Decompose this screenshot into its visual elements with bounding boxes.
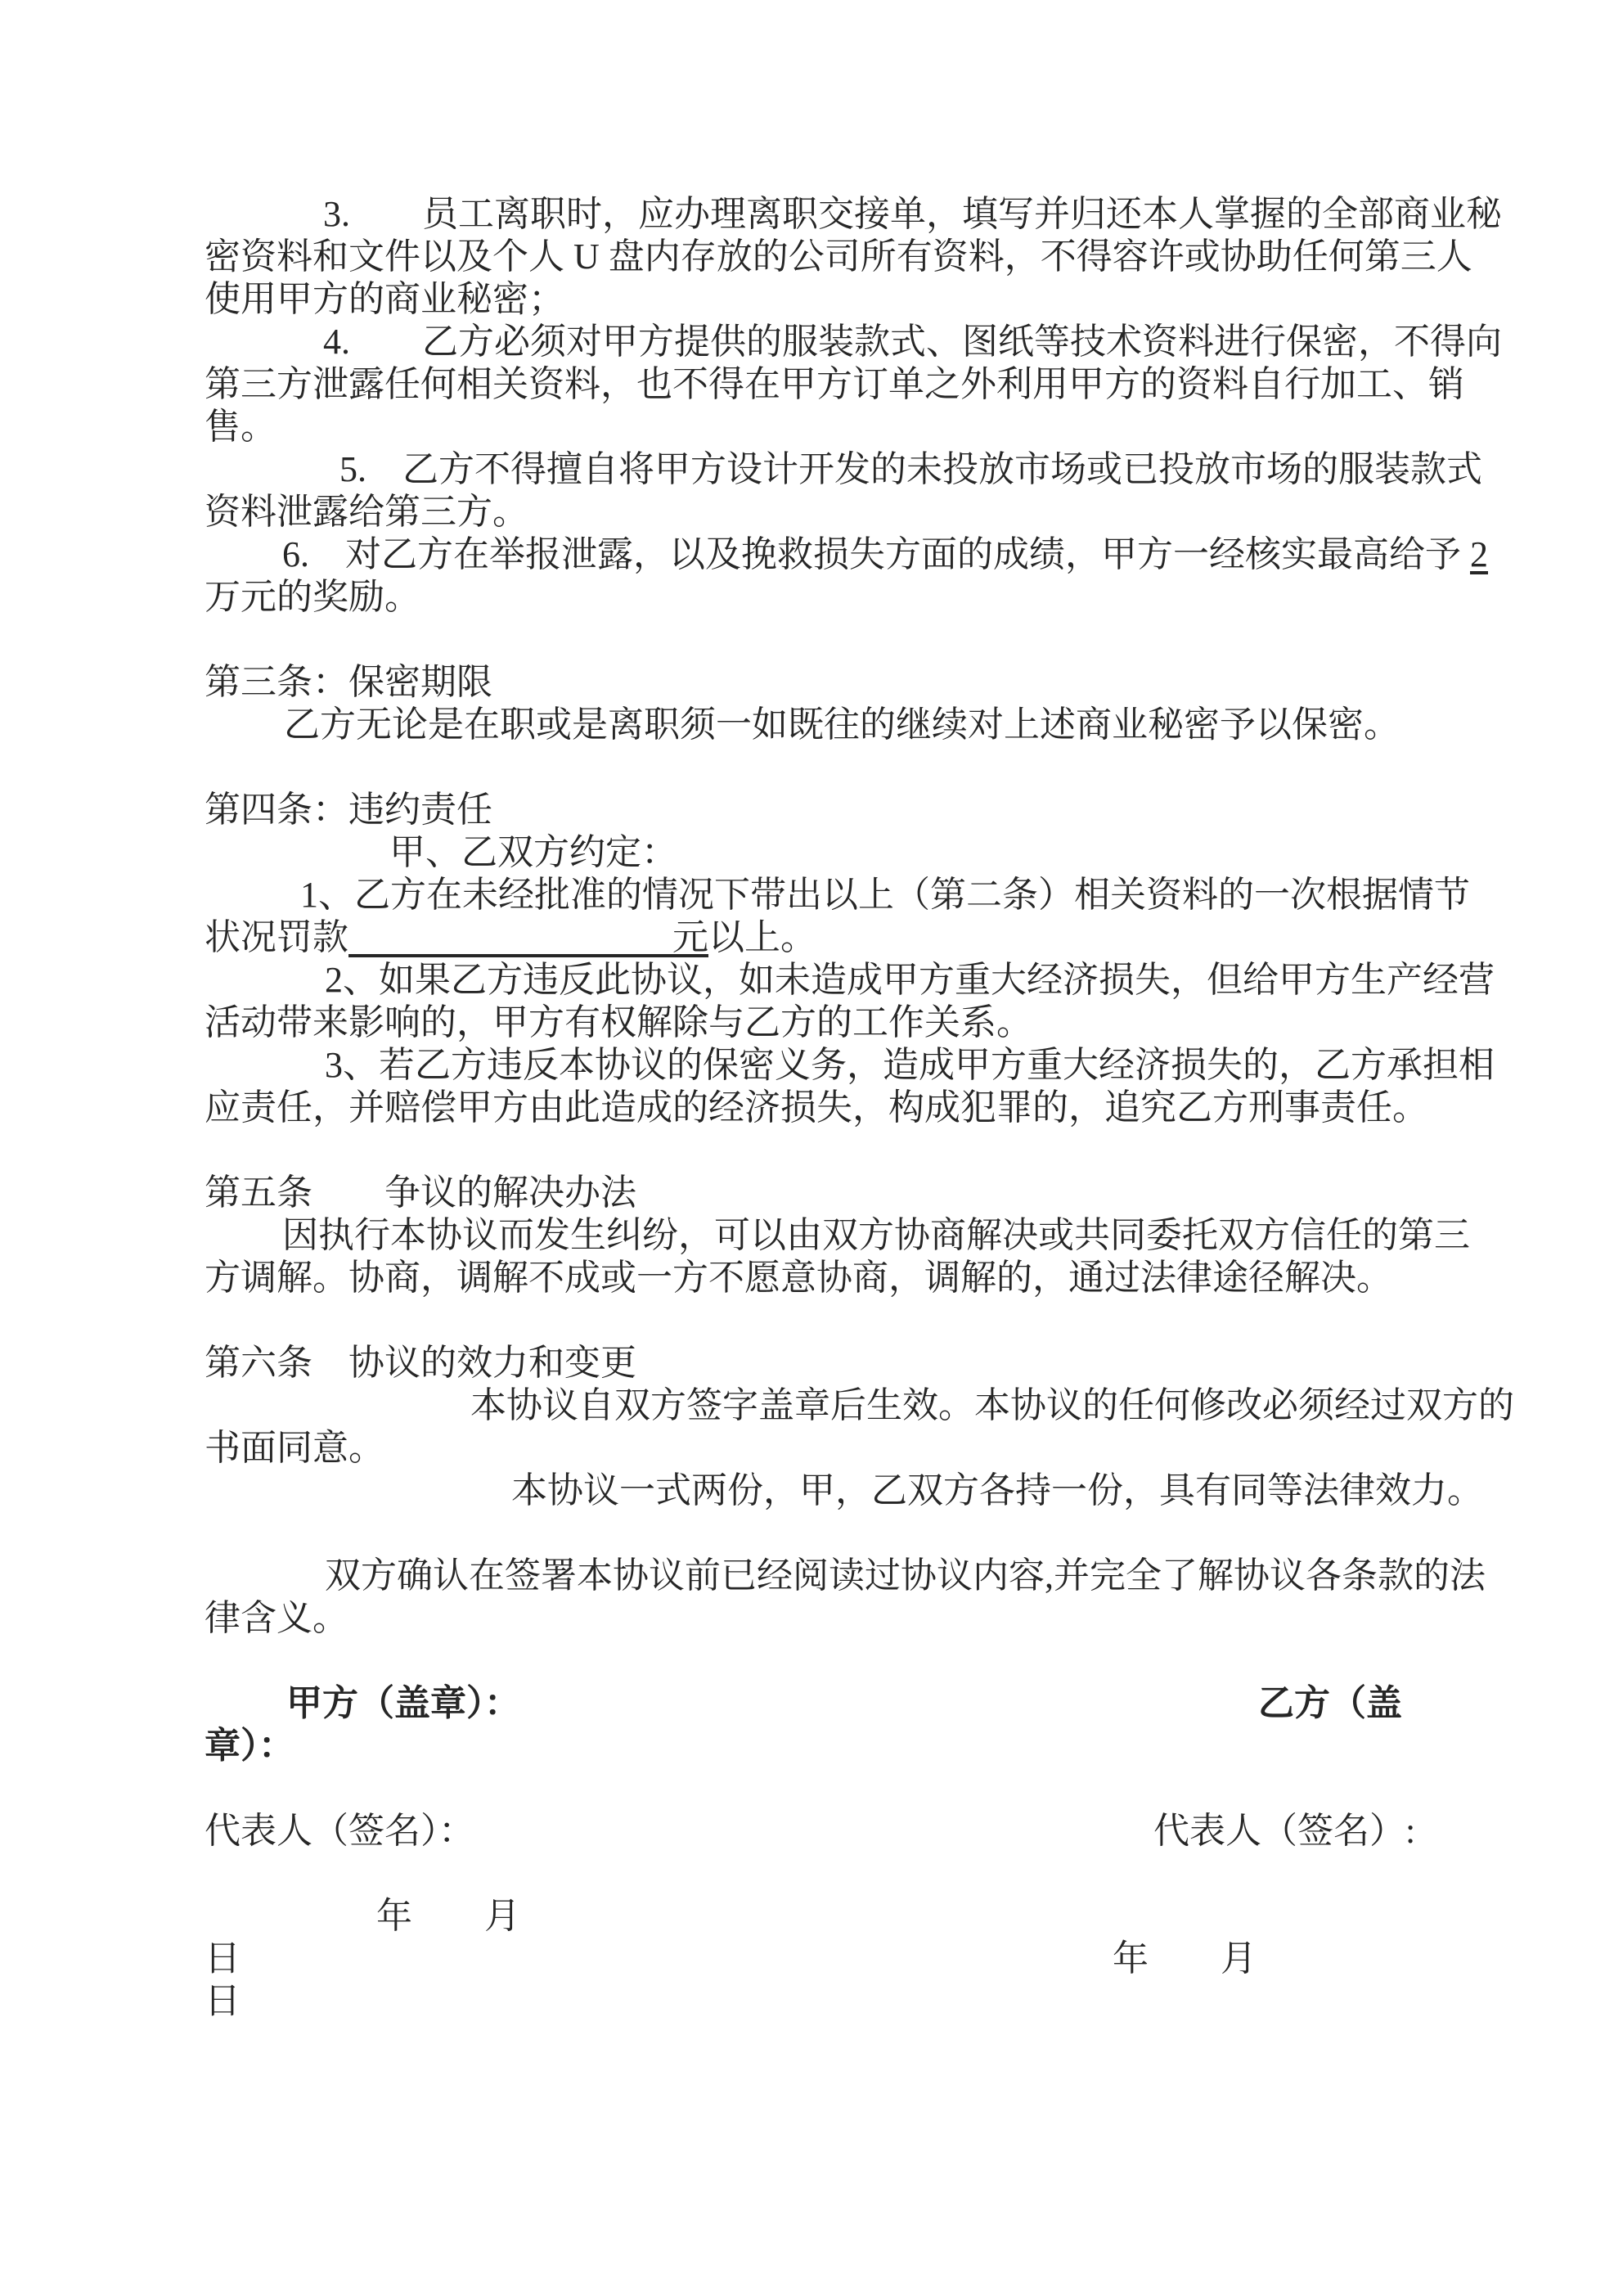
party-b-seal-label-part1: 乙方（盖 (1258, 1682, 1402, 1725)
fine-prefix: 状况罚款 (205, 917, 348, 957)
article5-body-line2: 方调解。协商，调解不成或一方不愿意协商，调解的，通过法律途径解决。 (205, 1257, 1497, 1299)
article4-item1-line1: 1、乙方在未经批准的情况下带出以上（第二条）相关资料的一次根据情节 (205, 874, 1497, 916)
item6-line2: 万元的奖励。 (205, 576, 1497, 619)
item4-line3-text: 售。 (205, 407, 276, 447)
article4-item3-line2: 应责任，并赔偿甲方由此造成的经济损失，构成犯罪的，追究乙方刑事责任。 (205, 1087, 1497, 1129)
date-left-year-month-text: 年 月 (376, 1896, 520, 1936)
document-page: 3. 员工离职时，应办理离职交接单，填写并归还本人掌握的全部商业秘密资料和文件以… (0, 0, 1623, 2296)
article3-body: 乙方无论是在职或是离职须一如既往的继续对上述商业秘密予以保密。 (205, 704, 1497, 746)
date-right-day: 日 (205, 1980, 1497, 2023)
article6-body-line3: 本协议一式两份，甲，乙双方各持一份，具有同等法律效力。 (205, 1470, 1497, 1512)
article6-body-line2-text: 书面同意。 (205, 1428, 384, 1468)
article4-item2-line2: 活动带来影响的，甲方有权解除与乙方的工作关系。 (205, 1002, 1497, 1044)
article5-body-line2-text: 方调解。协商，调解不成或一方不愿意协商，调解的，通过法律途径解决。 (205, 1258, 1392, 1298)
article5-body-line1: 因执行本协议而发生纠纷，可以由双方协商解决或共同委托双方信任的第三 (205, 1214, 1497, 1257)
item4-line2: 第三方泄露任何相关资料，也不得在甲方订单之外利用甲方的资料自行加工、销 (205, 363, 1497, 406)
item6-line1: 6. 对乙方在举报泄露，以及挽救损失方面的成绩，甲方一经核实最高给予 2 (205, 533, 1497, 576)
article6-heading-text: 第六条 协议的效力和变更 (205, 1343, 636, 1383)
date-day-and-right-year-month: 日年 月 (205, 1938, 1497, 1980)
article5-body-line1-text: 因执行本协议而发生纠纷，可以由双方协商解决或共同委托双方信任的第三 (282, 1215, 1470, 1255)
article6-body-line1-text: 本协议自双方签字盖章后生效。本协议的任何修改必须经过双方的 (470, 1385, 1514, 1425)
date-right-year-month: 年 月 (1113, 1938, 1257, 1980)
item3-line2: 密资料和文件以及个人 U 盘内存放的公司所有资料，不得容许或协助任何第三人 (205, 236, 1497, 278)
article6-body-line1: 本协议自双方签字盖章后生效。本协议的任何修改必须经过双方的 (205, 1384, 1497, 1427)
article4-item3-line1: 3、若乙方违反本协议的保密义务，造成甲方重大经济损失的，乙方承担相 (205, 1044, 1497, 1087)
date-right-day-text: 日 (205, 1981, 241, 2021)
item5-line2-text: 资料泄露给第三方。 (205, 492, 528, 532)
party-seal-wrap-line: 章）： (205, 1725, 1497, 1767)
article4-intro: 甲、乙双方约定： (205, 831, 1497, 874)
article6-heading: 第六条 协议的效力和变更 (205, 1342, 1497, 1384)
representative-sign-line: 代表人（签名）：代表人（签名）: (205, 1810, 1497, 1853)
article4-intro-text: 甲、乙双方约定： (389, 832, 677, 872)
date-left-day: 日 (205, 1938, 241, 1979)
article4-item3-line1-text: 3、若乙方违反本协议的保密义务，造成甲方重大经济损失的，乙方承担相 (325, 1045, 1495, 1085)
item3-line3-text: 使用甲方的商业秘密； (205, 279, 564, 319)
party-seal-line: 甲方（盖章）：乙方（盖 (205, 1682, 1497, 1725)
article4-heading: 第四条：违约责任 (205, 789, 1497, 831)
date-left-year-month: 年 月 (205, 1895, 1497, 1938)
article4-item2-line2-text: 活动带来影响的，甲方有权解除与乙方的工作关系。 (205, 1002, 1032, 1042)
article6-body-line3-text: 本协议一式两份，甲，乙双方各持一份，具有同等法律效力。 (511, 1470, 1483, 1510)
party-a-seal-label: 甲方（盖章）： (286, 1683, 520, 1723)
party-seal-wrap-line-text: 章）： (205, 1726, 294, 1766)
reward-amount-underlined: 2 (1470, 534, 1488, 574)
confirmation-line2-text: 律含义。 (205, 1598, 348, 1638)
fine-amount-blank: 元 (348, 917, 708, 957)
confirmation-line1: 双方确认在签署本协议前已经阅读过协议内容,并完全了解协议各条款的法 (205, 1555, 1497, 1597)
article5-heading: 第五条 争议的解决办法 (205, 1172, 1497, 1214)
article4-heading-text: 第四条：违约责任 (205, 790, 492, 830)
item4-line3: 售。 (205, 406, 1497, 448)
item5-line2: 资料泄露给第三方。 (205, 491, 1497, 533)
article6-body-line2: 书面同意。 (205, 1427, 1497, 1470)
article4-item2-line1: 2、如果乙方违反此协议，如未造成甲方重大经济损失，但给甲方生产经营 (205, 959, 1497, 1002)
article4-item1-line1-text: 1、乙方在未经批准的情况下带出以上（第二条）相关资料的一次根据情节 (300, 875, 1470, 915)
confirmation-line1-text: 双方确认在签署本协议前已经阅读过协议内容,并完全了解协议各条款的法 (325, 1555, 1486, 1596)
item4-line1-text: 4. 乙方必须对甲方提供的服装款式、图纸等技术资料进行保密，不得向 (323, 322, 1502, 362)
item3-line1-text: 3. 员工离职时，应办理离职交接单，填写并归还本人掌握的全部商业秘 (323, 194, 1502, 234)
item3-line3: 使用甲方的商业秘密； (205, 278, 1497, 321)
item6-text: 6. 对乙方在举报泄露，以及挽救损失方面的成绩，甲方一经核实最高给予 (282, 534, 1470, 574)
item4-line1: 4. 乙方必须对甲方提供的服装款式、图纸等技术资料进行保密，不得向 (205, 321, 1497, 363)
document-content: 3. 员工离职时，应办理离职交接单，填写并归还本人掌握的全部商业秘密资料和文件以… (205, 193, 1497, 2023)
article4-item1-line2: 状况罚款 元以上。 (205, 916, 1497, 959)
article3-body-text: 乙方无论是在职或是离职须一如既往的继续对上述商业秘密予以保密。 (284, 705, 1400, 745)
confirmation-line2: 律含义。 (205, 1597, 1497, 1640)
article3-heading-text: 第三条：保密期限 (205, 662, 492, 702)
article5-heading-text: 第五条 争议的解决办法 (205, 1173, 636, 1213)
party-a-representative-label: 代表人（签名）： (205, 1811, 474, 1851)
article4-item2-line1-text: 2、如果乙方违反此协议，如未造成甲方重大经济损失，但给甲方生产经营 (325, 960, 1495, 1000)
party-b-representative-label: 代表人（签名）: (1153, 1810, 1415, 1853)
fine-suffix: 以上。 (708, 917, 816, 957)
item3-line2-text: 密资料和文件以及个人 U 盘内存放的公司所有资料，不得容许或协助任何第三人 (205, 236, 1472, 277)
article3-heading: 第三条：保密期限 (205, 661, 1497, 704)
item5-line1-text: 5. 乙方不得擅自将甲方设计开发的未投放市场或已投放市场的服装款式 (339, 449, 1482, 489)
item5-line1: 5. 乙方不得擅自将甲方设计开发的未投放市场或已投放市场的服装款式 (205, 448, 1497, 491)
article4-item3-line2-text: 应责任，并赔偿甲方由此造成的经济损失，构成犯罪的，追究乙方刑事责任。 (205, 1087, 1428, 1128)
item6-line2-text: 万元的奖励。 (205, 577, 420, 617)
item3-line1: 3. 员工离职时，应办理离职交接单，填写并归还本人掌握的全部商业秘 (205, 193, 1497, 236)
item4-line2-text: 第三方泄露任何相关资料，也不得在甲方订单之外利用甲方的资料自行加工、销 (205, 364, 1464, 404)
